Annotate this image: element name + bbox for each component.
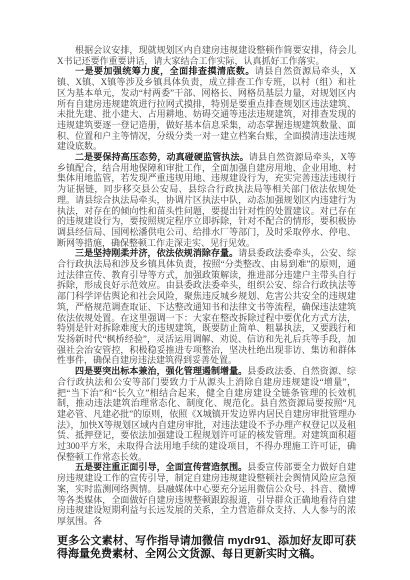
paragraph-text: 根据会议安排，现就规划区内自建房违规建设整顿作简要安排，待会儿X书记还要作重要讲…	[57, 45, 356, 66]
document-body: 根据会议安排，现就规划区内自建房违规建设整顿作简要安排，待会儿X书记还要作重要讲…	[57, 45, 356, 527]
paragraph-point-2: 二是要保持高压态势，动真碰硬监管执法。请县自然资源局牵头，X等乡镇配合，结合用地…	[57, 152, 356, 248]
paragraph-lead: 三是坚持刚柔并济，依法依规消除存量。	[75, 248, 238, 258]
paragraph-lead: 一是要加强统筹力度，全面排查摸清底数。	[75, 66, 255, 76]
paragraph-point-3: 三是坚持刚柔并济，依法依规消除存量。请县委政法委牵头，公安、综合行政执法局和涉及…	[57, 248, 356, 366]
paragraph-point-5: 五是要注重正面引导，全面宣传营造氛围。县委宣传部要全力做好自建房违规建设工作的宣…	[57, 462, 356, 526]
paragraph-text: 县委政法委、自然资源、综合行政执法和公安等部门要致力于从源头上消除自建房违规建设…	[57, 366, 356, 462]
paragraph-lead: 二是要保持高压态势，动真碰硬监管执法。	[75, 152, 249, 162]
paragraph-text: 请县自然资源局牵头，X等乡镇配合，结合用地保障和审批工作，全面加强自建房用地、企…	[57, 152, 356, 248]
paragraph-lead: 四是要突出标本兼治，强化管理遏制增量。	[75, 366, 247, 376]
paragraph-point-4: 四是要突出标本兼治，强化管理遏制增量。县委政法委、自然资源、综合行政执法和公安等…	[57, 366, 356, 462]
paragraph-point-1: 一是要加强统筹力度，全面排查摸清底数。请县自然资源局牵头，X镇、X镇、X镇等涉及…	[57, 66, 356, 152]
promo-footer: 更多公文素材、写作指导请加微信 mydr91、添加好友即可获得海量免费素材、全网…	[57, 535, 356, 563]
paragraph-lead: 五是要注重正面引导，全面宣传营造氛围。	[75, 462, 247, 472]
paragraph-text: 请县自然资源局牵头，X镇、X镇、X镇等涉及乡镇具体负责，成立排查工作专班，以村（…	[57, 66, 356, 151]
paragraph-text: 请县委政法委牵头，公安、综合行政执法局和涉及乡镇具体负责，按照“分类整改、由易到…	[57, 248, 356, 365]
document-page: 根据会议安排，现就规划区内自建房违规建设整顿作简要安排，待会儿X书记还要作重要讲…	[0, 0, 410, 580]
paragraph-intro: 根据会议安排，现就规划区内自建房违规建设整顿作简要安排，待会儿X书记还要作重要讲…	[57, 45, 356, 66]
